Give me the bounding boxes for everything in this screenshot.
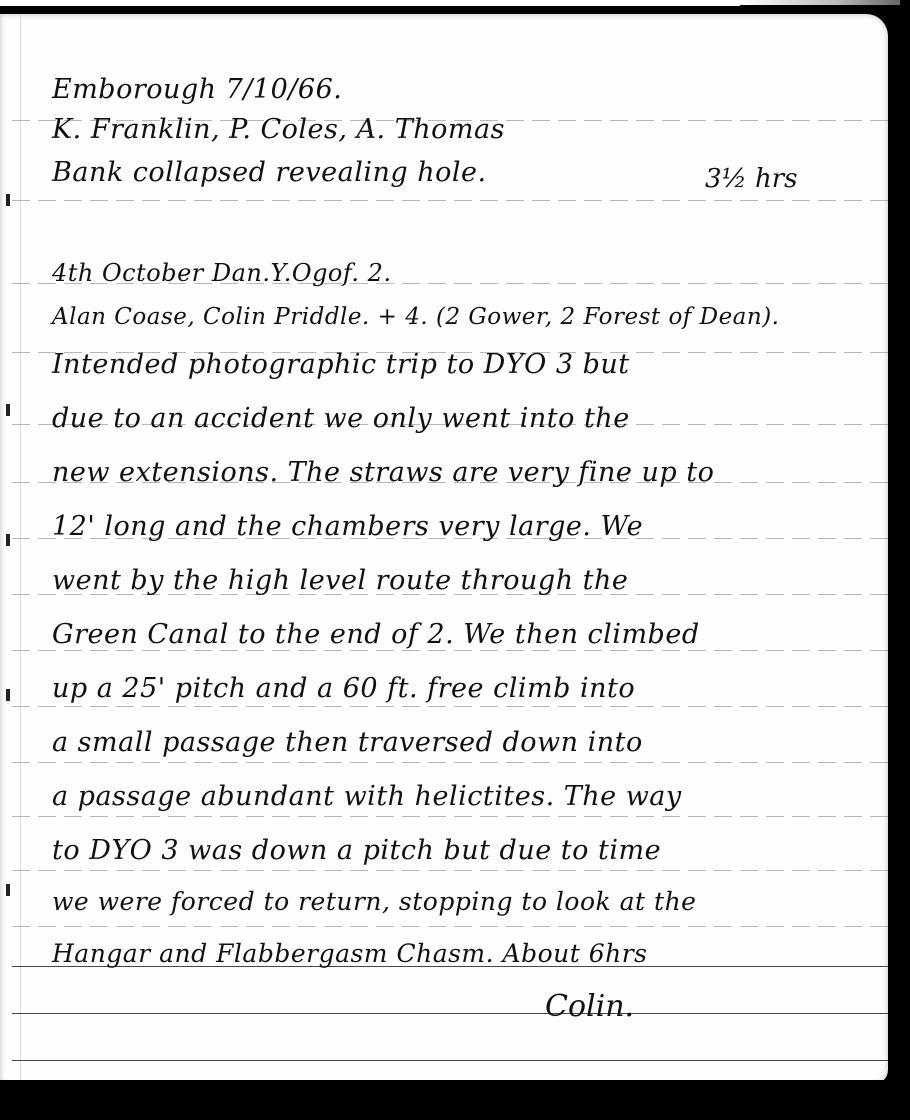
entry2-line: went by the high level route through the	[52, 565, 628, 596]
entry2-line: a passage abundant with helictites. The …	[52, 781, 682, 812]
scan-top-edge	[0, 0, 910, 14]
entry1-members: K. Franklin, P. Coles, A. Thomas	[52, 114, 505, 145]
entry2-members: Alan Coase, Colin Priddle. + 4. (2 Gower…	[52, 304, 780, 330]
entry2-line: a small passage then traversed down into	[52, 727, 643, 758]
ruled-line	[12, 1013, 888, 1014]
margin-mark	[6, 194, 10, 206]
ruled-line	[12, 650, 888, 651]
signature: Colin.	[545, 989, 634, 1024]
entry2-line: we were forced to return, stopping to lo…	[52, 887, 696, 916]
margin-mark	[6, 884, 10, 896]
ruled-line	[12, 762, 888, 763]
margin-mark	[6, 534, 10, 546]
ruled-line	[12, 816, 888, 817]
entry2-line: Green Canal to the end of 2. We then cli…	[52, 619, 700, 650]
scan-top-corner	[740, 0, 900, 5]
ruled-line	[12, 870, 888, 871]
entry2-title: 4th October Dan.Y.Ogof. 2.	[52, 259, 392, 287]
entry2-line: new extensions. The straws are very fine…	[52, 457, 714, 488]
ruled-line	[12, 1060, 888, 1061]
ruled-line	[12, 926, 888, 927]
entry2-line: due to an accident we only went into the	[52, 403, 630, 434]
entry1-title: Emborough 7/10/66.	[52, 74, 342, 105]
logbook-page: Emborough 7/10/66. K. Franklin, P. Coles…	[0, 14, 888, 1084]
ruled-line	[12, 200, 888, 201]
entry2-line: to DYO 3 was down a pitch but due to tim…	[52, 835, 661, 866]
scan-top-highlight	[0, 0, 740, 6]
entry1-note: Bank collapsed revealing hole.	[52, 157, 487, 188]
margin-line	[20, 14, 21, 1084]
entry2-line: 12' long and the chambers very large. We	[52, 511, 643, 542]
entry2-line: Intended photographic trip to DYO 3 but	[52, 349, 630, 380]
entry2-line: Hangar and Flabbergasm Chasm. About 6hrs	[52, 939, 648, 968]
scan-bottom-edge	[0, 1080, 910, 1120]
entry2-line: up a 25' pitch and a 60 ft. free climb i…	[52, 673, 635, 704]
margin-mark	[6, 689, 10, 701]
margin-mark	[6, 404, 10, 416]
entry1-duration: 3½ hrs	[705, 164, 798, 194]
ruled-line	[12, 706, 888, 707]
